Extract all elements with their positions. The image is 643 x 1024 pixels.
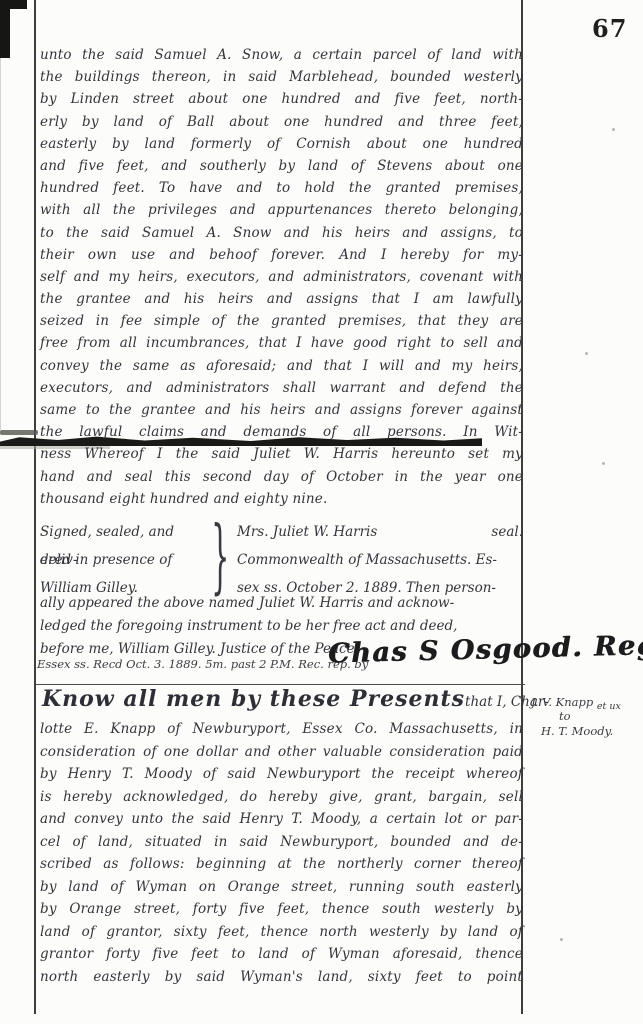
deed-line: free from all incumbrances, that I have … (40, 332, 523, 354)
deed-line: scribed as follows: beginning at the nor… (40, 853, 523, 876)
deed-line: the buildings thereon, in said Marblehea… (40, 66, 523, 88)
deed-line: consideration of one dollar and other va… (40, 741, 523, 764)
deed-line: lotte E. Knapp of Newburyport, Essex Co.… (40, 718, 523, 741)
deed-line: by Orange street, forty five feet, thenc… (40, 898, 523, 921)
recording-note: Essex ss. Recd Oct. 3. 1889. 5m. past 2 … (37, 657, 368, 671)
deed-line: easterly by land formerly of Cornish abo… (40, 133, 523, 155)
deed-line: seized in fee simple of the granted prem… (40, 310, 523, 332)
attestation-witness-block: Signed, sealed, and deliv- ered in prese… (40, 518, 215, 602)
attestation-line: Commonwealth of Massachusetts. Es- (237, 546, 497, 574)
scan-artifact-speck (585, 352, 588, 355)
left-margin-rule (34, 0, 36, 1014)
attestation-grantor-block: Mrs. Juliet W. Harris seal. Commonwealth… (237, 518, 523, 602)
deed-line: self and my heirs, executors, and admini… (40, 266, 523, 288)
attestation-line: ered in presence of (40, 546, 215, 574)
scan-artifact-smudge (0, 430, 38, 435)
deed1-body: unto the said Samuel A. Snow, a certain … (40, 44, 523, 510)
margin-etux: et ux (597, 700, 621, 713)
deed-line: by Linden street about one hundred and f… (40, 88, 523, 110)
seal-annotation: seal. (491, 518, 523, 546)
deed-line: ness Whereof I the said Juliet W. Harris… (40, 443, 523, 465)
page-edge-line (0, 0, 1, 430)
deed-separator-line (35, 684, 525, 685)
deed-line: land of grantor, sixty feet, thence nort… (40, 921, 523, 944)
deed-line: grantor forty five feet to land of Wyman… (40, 943, 523, 966)
deed-line: hundred feet. To have and to hold the gr… (40, 177, 523, 199)
deed-line: to the said Samuel A. Snow and his heirs… (40, 222, 523, 244)
deed2-opening-phrase: Know all men by these Presents (42, 686, 465, 712)
deed-line: hand and seal this second day of October… (40, 466, 523, 488)
acknowledgement-line: ally appeared the above named Juliet W. … (40, 592, 523, 615)
scan-artifact-speck (560, 938, 563, 941)
deed-line: executors, and administrators shall warr… (40, 377, 523, 399)
deed-line: is hereby acknowledged, do hereby give, … (40, 786, 523, 809)
deed-line: unto the said Samuel A. Snow, a certain … (40, 44, 523, 66)
deed-line: erly by land of Ball about one hundred a… (40, 111, 523, 133)
margin-grantor: J. V. Knapp (531, 695, 593, 709)
deed-line: by Henry T. Moody of said Newburyport th… (40, 763, 523, 786)
deed-line: the grantee and his heirs and assigns th… (40, 288, 523, 310)
deed2-opening-line: Know all men by these Presents that I, C… (42, 686, 523, 712)
deed-line: north easterly by said Wyman's land, six… (40, 966, 523, 989)
deed-line: with all the privileges and appurtenance… (40, 199, 523, 221)
deed-line: thousand eight hundred and eighty nine. (40, 488, 523, 510)
deed-line: and five feet, and southerly by land of … (40, 155, 523, 177)
deed-line: cel of land, situated in said Newburypor… (40, 831, 523, 854)
attestation-line: Signed, sealed, and deliv- (40, 518, 215, 546)
deed-line: and convey unto the said Henry T. Moody,… (40, 808, 523, 831)
scan-artifact-speck (612, 128, 615, 131)
deed2-body: lotte E. Knapp of Newburyport, Essex Co.… (40, 718, 523, 988)
deed-book-page: 67 unto the said Samuel A. Snow, a certa… (0, 0, 643, 1024)
deed-line: same to the grantee and his heirs and as… (40, 399, 523, 421)
deed-line: the lawful claims and demands of all per… (40, 421, 523, 443)
deed-line: convey the same as aforesaid; and that I… (40, 355, 523, 377)
scan-artifact-speck (602, 462, 605, 465)
margin-grantee: H. T. Moody. (541, 725, 639, 738)
deed-line: their own use and behoof forever. And I … (40, 244, 523, 266)
margin-note: J. V. Knapp et ux to H. T. Moody. (531, 696, 639, 738)
page-number: 67 (592, 14, 627, 43)
grantor-signature: Mrs. Juliet W. Harris (237, 518, 377, 546)
scan-artifact-corner (0, 0, 27, 9)
deed-line: by land of Wyman on Orange street, runni… (40, 876, 523, 899)
